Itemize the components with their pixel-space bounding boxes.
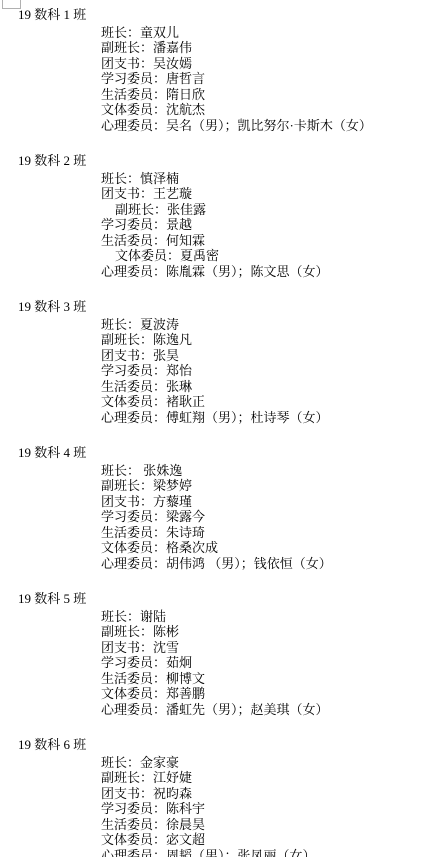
member-line: 文体委员：沈航杰 bbox=[101, 102, 433, 118]
class-title: 19 数科 4 班 bbox=[18, 445, 433, 461]
class-block: 19 数科 1 班 班长：童双儿副班长：潘嘉伟团支书：吴汝嫣学习委员：唐哲言生活… bbox=[0, 7, 433, 133]
class-block: 19 数科 2 班 班长：慎泽楠团支书：王艺璇副班长：张佳露学习委员：景越生活委… bbox=[0, 153, 433, 279]
member-line: 副班长：陈逸凡 bbox=[101, 332, 433, 348]
member-line: 团支书：方藜瑾 bbox=[101, 494, 433, 510]
member-line: 文体委员：夏禹密 bbox=[115, 248, 433, 264]
class-title: 19 数科 2 班 bbox=[18, 153, 433, 169]
member-line: 心理委员：胡伟鸿 （男）；钱依恒（女） bbox=[101, 556, 433, 572]
member-line: 班长：童双儿 bbox=[101, 25, 433, 41]
member-line: 团支书：吴汝嫣 bbox=[101, 56, 433, 72]
class-title: 19 数科 6 班 bbox=[18, 737, 433, 753]
member-line: 心理委员：周韬（男）；张凤丽（女） bbox=[101, 848, 433, 857]
class-lines: 班长：金家豪副班长：江妤婕团支书：祝昀森学习委员：陈科宇生活委员：徐晨昊文体委员… bbox=[0, 755, 433, 857]
member-line: 文体委员：褚耿正 bbox=[101, 394, 433, 410]
class-block: 19 数科 3 班 班长：夏波涛副班长：陈逸凡团支书：张昊学习委员：郑怡生活委员… bbox=[0, 299, 433, 425]
class-title: 19 数科 3 班 bbox=[18, 299, 433, 315]
member-line: 团支书：祝昀森 bbox=[101, 786, 433, 802]
member-line: 生活委员：隋日欣 bbox=[101, 87, 433, 103]
class-lines: 班长：慎泽楠团支书：王艺璇副班长：张佳露学习委员：景越生活委员：何知霖文体委员：… bbox=[0, 171, 433, 280]
class-title: 19 数科 1 班 bbox=[18, 7, 433, 23]
member-line: 班长：夏波涛 bbox=[101, 317, 433, 333]
member-line: 班长：金家豪 bbox=[101, 755, 433, 771]
member-line: 副班长：潘嘉伟 bbox=[101, 40, 433, 56]
member-line: 学习委员：唐哲言 bbox=[101, 71, 433, 87]
member-line: 文体委员：宓文超 bbox=[101, 832, 433, 848]
member-line: 学习委员：景越 bbox=[101, 217, 433, 233]
member-line: 心理委员：吴名（男）；凯比努尔·卡斯木（女） bbox=[101, 118, 433, 134]
class-block: 19 数科 5 班 班长：谢陆副班长：陈彬团支书：沈雪学习委员：茹炯生活委员：柳… bbox=[0, 591, 433, 717]
member-line: 生活委员：何知霖 bbox=[101, 233, 433, 249]
member-line: 团支书：王艺璇 bbox=[101, 186, 433, 202]
member-line: 生活委员：张琳 bbox=[101, 379, 433, 395]
member-line: 学习委员：郑怡 bbox=[101, 363, 433, 379]
member-line: 副班长：江妤婕 bbox=[101, 770, 433, 786]
member-line: 生活委员：柳博文 bbox=[101, 671, 433, 687]
cropped-table-corner bbox=[2, 0, 21, 9]
member-line: 班长：慎泽楠 bbox=[101, 171, 433, 187]
member-line: 生活委员：徐晨昊 bbox=[101, 817, 433, 833]
class-block: 19 数科 6 班 班长：金家豪副班长：江妤婕团支书：祝昀森学习委员：陈科宇生活… bbox=[0, 737, 433, 857]
document-body: 19 数科 1 班 班长：童双儿副班长：潘嘉伟团支书：吴汝嫣学习委员：唐哲言生活… bbox=[0, 7, 433, 857]
member-line: 文体委员：郑善鹏 bbox=[101, 686, 433, 702]
member-line: 团支书：张昊 bbox=[101, 348, 433, 364]
member-line: 学习委员：梁露今 bbox=[101, 509, 433, 525]
class-lines: 班长：夏波涛副班长：陈逸凡团支书：张昊学习委员：郑怡生活委员：张琳文体委员：褚耿… bbox=[0, 317, 433, 426]
class-block: 19 数科 4 班 班长： 张姝逸副班长：梁梦婷团支书：方藜瑾学习委员：梁露今生… bbox=[0, 445, 433, 571]
member-line: 班长：谢陆 bbox=[101, 609, 433, 625]
member-line: 团支书：沈雪 bbox=[101, 640, 433, 656]
class-title: 19 数科 5 班 bbox=[18, 591, 433, 607]
member-line: 心理委员：陈胤霖（男）；陈文思（女） bbox=[101, 264, 433, 280]
member-line: 文体委员：格桑次成 bbox=[101, 540, 433, 556]
member-line: 心理委员：傅虹翔（男）；杜诗琴（女） bbox=[101, 410, 433, 426]
member-line: 副班长：陈彬 bbox=[101, 624, 433, 640]
member-line: 班长： 张姝逸 bbox=[101, 463, 433, 479]
class-lines: 班长： 张姝逸副班长：梁梦婷团支书：方藜瑾学习委员：梁露今生活委员：朱诗琦文体委… bbox=[0, 463, 433, 572]
member-line: 学习委员：陈科宇 bbox=[101, 801, 433, 817]
class-lines: 班长：谢陆副班长：陈彬团支书：沈雪学习委员：茹炯生活委员：柳博文文体委员：郑善鹏… bbox=[0, 609, 433, 718]
class-lines: 班长：童双儿副班长：潘嘉伟团支书：吴汝嫣学习委员：唐哲言生活委员：隋日欣文体委员… bbox=[0, 25, 433, 134]
member-line: 学习委员：茹炯 bbox=[101, 655, 433, 671]
member-line: 副班长：梁梦婷 bbox=[101, 478, 433, 494]
member-line: 生活委员：朱诗琦 bbox=[101, 525, 433, 541]
member-line: 副班长：张佳露 bbox=[115, 202, 433, 218]
document-page: 19 数科 1 班 班长：童双儿副班长：潘嘉伟团支书：吴汝嫣学习委员：唐哲言生活… bbox=[0, 0, 433, 857]
member-line: 心理委员：潘虹先（男）；赵美琪（女） bbox=[101, 702, 433, 718]
